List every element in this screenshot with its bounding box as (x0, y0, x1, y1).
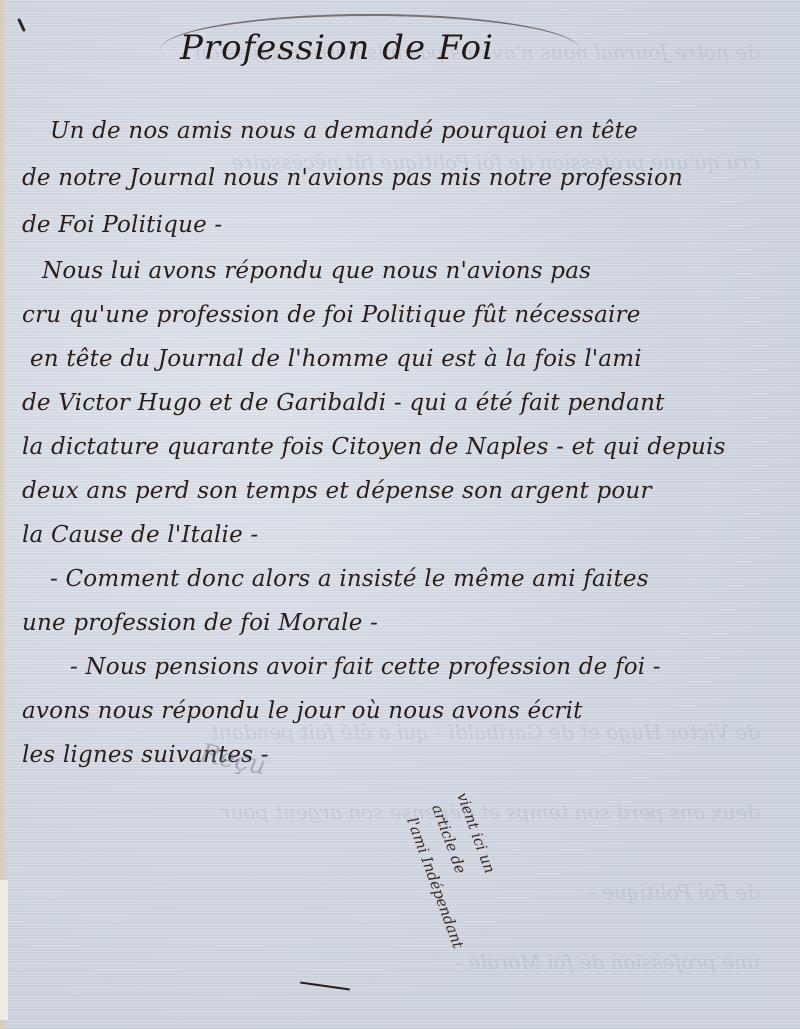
text-line: en tête du Journal de l'homme qui est à … (30, 346, 642, 372)
text-line: une profession de foi Morale - (22, 610, 378, 636)
text-line: de Foi Politique - (22, 212, 222, 238)
paper-tear (0, 880, 8, 1020)
ink-stroke (300, 982, 350, 991)
text-line: cru qu'une profession de foi Politique f… (22, 302, 641, 328)
text-line: Un de nos amis nous a demandé pourquoi e… (50, 118, 638, 144)
text-line: de Victor Hugo et de Garibaldi - qui a é… (22, 390, 665, 416)
margin-note-line: l'ami Indépendant (403, 815, 467, 951)
document-title: Profession de Foi (180, 28, 494, 68)
text-line: Nous lui avons répondu que nous n'avions… (42, 258, 591, 284)
manuscript-page: de notre Journal nous n'avions pas mis n… (0, 0, 800, 1029)
corner-ink-mark (17, 18, 26, 32)
text-line: la Cause de l'Italie - (22, 522, 258, 548)
text-line: - Comment donc alors a insisté le même a… (50, 566, 649, 592)
text-line: de notre Journal nous n'avions pas mis n… (22, 165, 683, 191)
text-line: - Nous pensions avoir fait cette profess… (70, 654, 661, 680)
text-line: avons nous répondu le jour où nous avons… (22, 698, 583, 724)
paper-left-edge (0, 0, 6, 1029)
text-line: deux ans perd son temps et dépense son a… (22, 478, 652, 504)
margin-note: vient ici un article de l'ami Indépendan… (350, 790, 520, 1010)
text-line: la dictature quarante fois Citoyen de Na… (22, 434, 726, 460)
